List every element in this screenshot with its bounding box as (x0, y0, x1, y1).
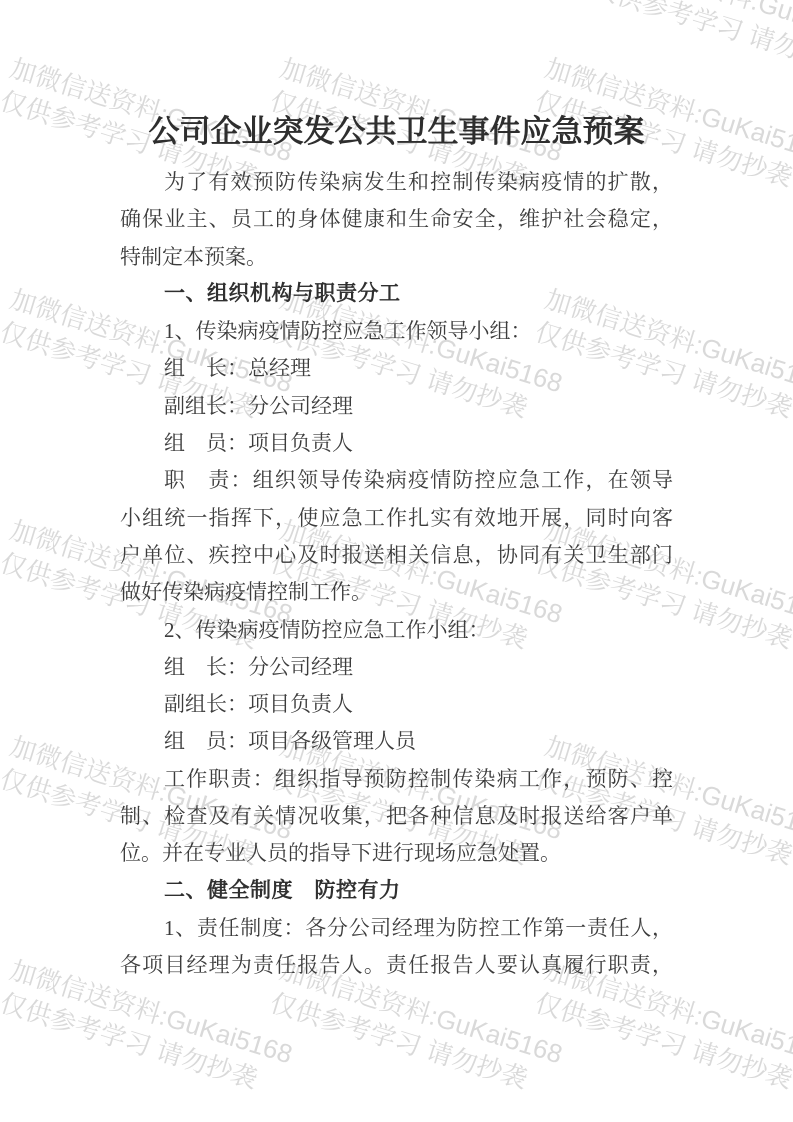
text-line: 小组统一指挥下，使应急工作扎实有效地开展，同时向客 (120, 503, 673, 540)
text-line: 确保业主、员工的身体健康和生命安全，维护社会稳定， (120, 204, 673, 241)
text-line: 做好传染病疫情控制工作。 (120, 577, 673, 614)
text-line: 制、检查及有关情况收集，把各种信息及时报送给客户单 (120, 801, 673, 838)
section-heading: 二、健全制度 防控有力 (120, 876, 673, 913)
document-title: 公司企业突发公共卫生事件应急预案 (0, 112, 793, 152)
text-line: 户单位、疾控中心及时报送相关信息，协同有关卫生部门 (120, 540, 673, 577)
text-line: 组 员：项目负责人 (120, 428, 673, 465)
text-line: 1、传染病疫情防控应急工作领导小组： (120, 316, 673, 353)
text-line: 各项目经理为责任报告人。责任报告人要认真履行职责， (120, 950, 673, 987)
text-line: 副组长：项目负责人 (120, 689, 673, 726)
text-line: 职 责：组织领导传染病疫情防控应急工作，在领导 (120, 465, 673, 502)
text-line: 组 长：分公司经理 (120, 652, 673, 689)
section-heading: 一、组织机构与职责分工 (120, 279, 673, 316)
text-line: 为了有效预防传染病发生和控制传染病疫情的扩散， (120, 167, 673, 204)
text-line: 副组长：分公司经理 (120, 391, 673, 428)
text-line: 位。并在专业人员的指导下进行现场应急处置。 (120, 838, 673, 875)
document-body: 为了有效预防传染病发生和控制传染病疫情的扩散，确保业主、员工的身体健康和生命安全… (120, 167, 673, 988)
text-line: 组 员：项目各级管理人员 (120, 726, 673, 763)
text-line: 组 长：总经理 (120, 353, 673, 390)
text-line: 2、传染病疫情防控应急工作小组： (120, 615, 673, 652)
document-text: 公司企业突发公共卫生事件应急预案 为了有效预防传染病发生和控制传染病疫情的扩散，… (0, 0, 793, 1122)
document-page: { "document": { "title": "公司企业突发公共卫生事件应急… (0, 0, 793, 1122)
text-line: 工作职责：组织指导预防控制传染病工作，预防、控 (120, 764, 673, 801)
text-line: 特制定本预案。 (120, 242, 673, 279)
text-line: 1、责任制度：各分公司经理为防控工作第一责任人， (120, 913, 673, 950)
